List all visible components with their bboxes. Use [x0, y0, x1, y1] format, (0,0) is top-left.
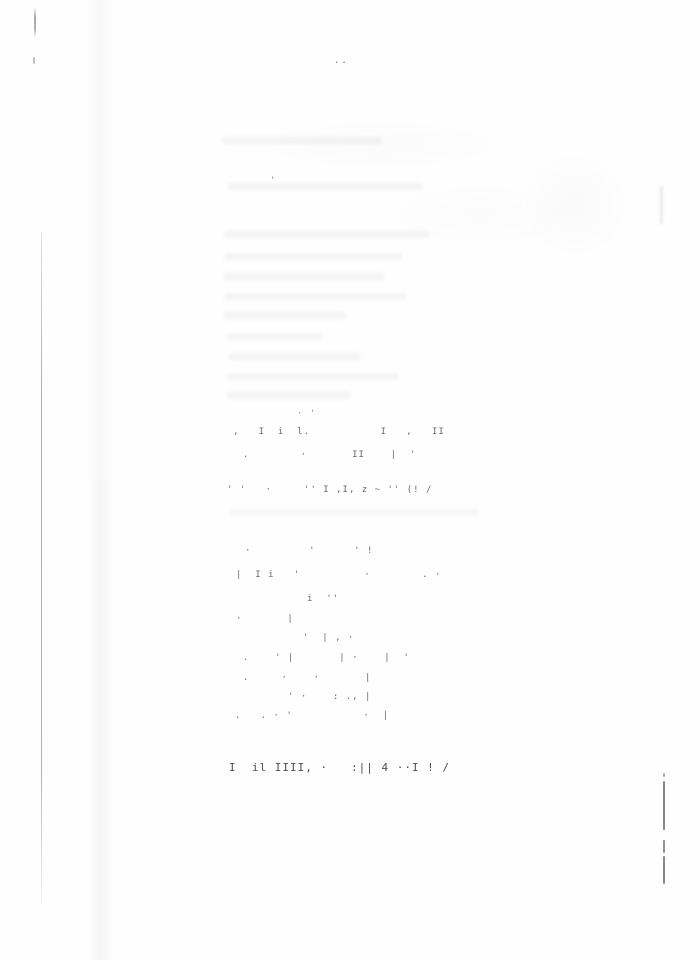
faded-text-line — [227, 373, 399, 380]
fragment-line: ' ' · '' I ,I, z ~ '' (! / — [227, 486, 432, 495]
fragment-line: . · · | — [243, 674, 371, 683]
left-margin-line — [41, 233, 42, 905]
fragment-line: ' · : ., | — [288, 693, 371, 702]
scan-page: .. ' · ' , I i l. I , II . · II | ' ' ' … — [0, 0, 700, 960]
fragment-line: · ' — [297, 410, 316, 419]
fragment-line: , I i l. I , II — [233, 428, 445, 437]
right-dashed-line-dot — [663, 773, 665, 777]
faded-text-line — [227, 333, 323, 340]
fragment-line: i '' — [307, 595, 339, 604]
faded-text-line — [228, 183, 423, 190]
fragment-line: . ' | | · | ' — [243, 654, 410, 663]
faded-text-line — [224, 231, 429, 238]
paper-blotch — [380, 180, 580, 250]
top-left-fold-line — [34, 7, 36, 38]
right-dashed-line-segment — [663, 856, 665, 884]
faded-text-line — [230, 509, 480, 516]
paper-edge-shadow-lower — [90, 480, 114, 960]
top-left-tick-mark — [33, 57, 35, 64]
faded-text-line — [224, 273, 384, 280]
fragment-line: ' | , · — [303, 634, 354, 643]
right-dashed-line-segment — [663, 781, 665, 830]
faded-text-line — [224, 293, 406, 300]
fragment-line: . · II | ' — [243, 451, 416, 460]
footer-reference-line: I il IIII, · :|| 4 ··I ! / — [229, 762, 450, 773]
fragment-line: · | — [236, 615, 294, 624]
top-center-dots: .. — [334, 56, 349, 66]
paper-blotch — [520, 150, 630, 260]
fragment-line: · ' ' ! — [245, 547, 373, 556]
heading-apostrophe-mark: ' — [270, 176, 275, 186]
fragment-line: . . · ' · | — [235, 712, 389, 721]
right-edge-smudge — [660, 186, 663, 224]
paper-edge-shadow — [86, 0, 114, 960]
faded-text-line — [229, 353, 361, 360]
faded-text-line — [227, 392, 351, 399]
faded-text-line — [222, 137, 382, 144]
paper-blotch — [250, 120, 510, 170]
faded-text-line — [224, 253, 402, 260]
right-dashed-line-segment — [663, 840, 665, 853]
faded-text-line — [224, 312, 346, 319]
fragment-line: | I i ' · . · — [236, 571, 441, 580]
